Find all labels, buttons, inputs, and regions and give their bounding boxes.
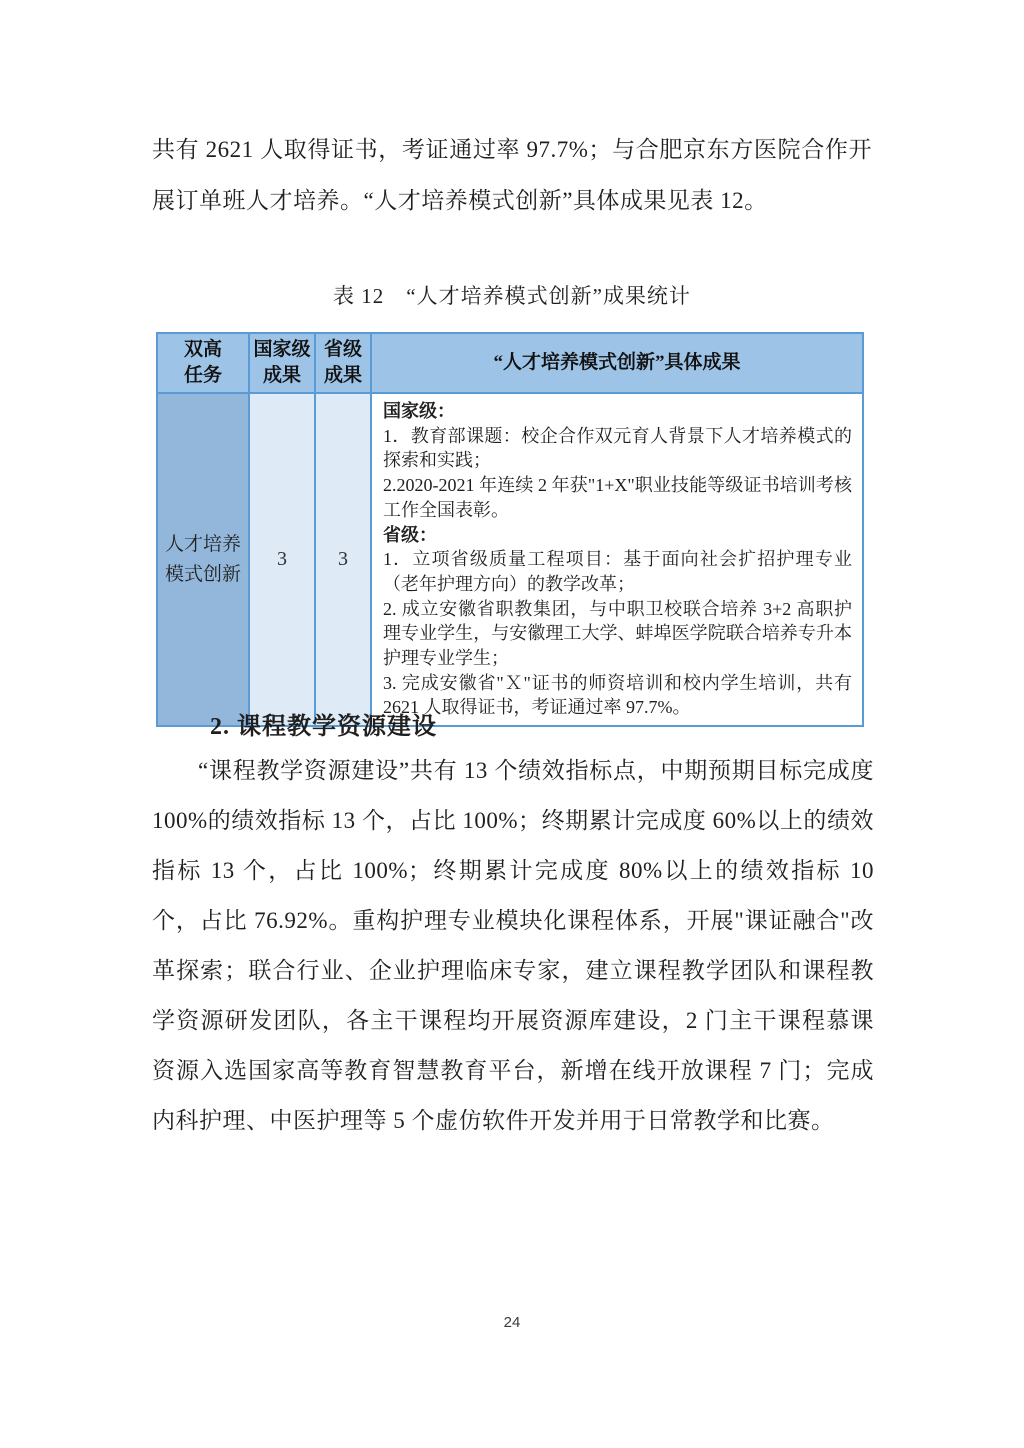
provincial-level-label: 省级： <box>383 523 852 548</box>
header-national-column: 国家级 成果 <box>249 333 315 393</box>
section-paragraph: “课程教学资源建设”共有 13 个绩效指标点，中期预期目标完成度 100%的绩效… <box>152 746 874 1146</box>
results-table: 双高 任务 国家级 成果 省级 成果 “人才培养模式创新”具体成果 人才培养 模… <box>156 332 864 727</box>
table-header-row: 双高 任务 国家级 成果 省级 成果 “人才培养模式创新”具体成果 <box>157 333 863 393</box>
header-task-column: 双高 任务 <box>157 333 249 393</box>
national-count-cell: 3 <box>249 393 315 726</box>
task-line1: 人才培养 <box>158 530 248 560</box>
national-level-label: 国家级： <box>383 399 852 424</box>
page-number: 24 <box>0 1314 1024 1331</box>
table-row: 人才培养 模式创新 3 3 国家级： 1．教育部课题：校企合作双元育人背景下人才… <box>157 393 863 726</box>
header-details-column: “人才培养模式创新”具体成果 <box>371 333 863 393</box>
table-caption: 表 12 “人才培养模式创新”成果统计 <box>152 280 872 310</box>
provincial-item-2: 2. 成立安徽省职教集团，与中职卫校联合培养 3+2 高职护理专业学生，与安徽理… <box>383 597 852 671</box>
header-provincial-line1: 省级 <box>316 337 370 363</box>
header-provincial-line2: 成果 <box>316 363 370 389</box>
national-item-2: 2.2020-2021 年连续 2 年获"1+X"职业技能等级证书培训考核工作全… <box>383 473 852 522</box>
header-task-line2: 任务 <box>158 363 248 389</box>
header-national-line1: 国家级 <box>250 337 314 363</box>
provincial-count-cell: 3 <box>315 393 371 726</box>
header-task-line1: 双高 <box>158 337 248 363</box>
details-cell: 国家级： 1．教育部课题：校企合作双元育人背景下人才培养模式的探索和实践； 2.… <box>371 393 863 726</box>
task-cell: 人才培养 模式创新 <box>157 393 249 726</box>
header-provincial-column: 省级 成果 <box>315 333 371 393</box>
section-heading: 2. 课程教学资源建设 <box>152 706 872 741</box>
header-national-line2: 成果 <box>250 363 314 389</box>
intro-paragraph: 共有 2621 人取得证书，考证通过率 97.7%；与合肥京东方医院合作开展订单… <box>152 124 872 226</box>
task-line2: 模式创新 <box>158 560 248 590</box>
national-item-1: 1．教育部课题：校企合作双元育人背景下人才培养模式的探索和实践； <box>383 424 852 473</box>
provincial-item-1: 1．立项省级质量工程项目：基于面向社会扩招护理专业（老年护理方向）的教学改革； <box>383 547 852 596</box>
